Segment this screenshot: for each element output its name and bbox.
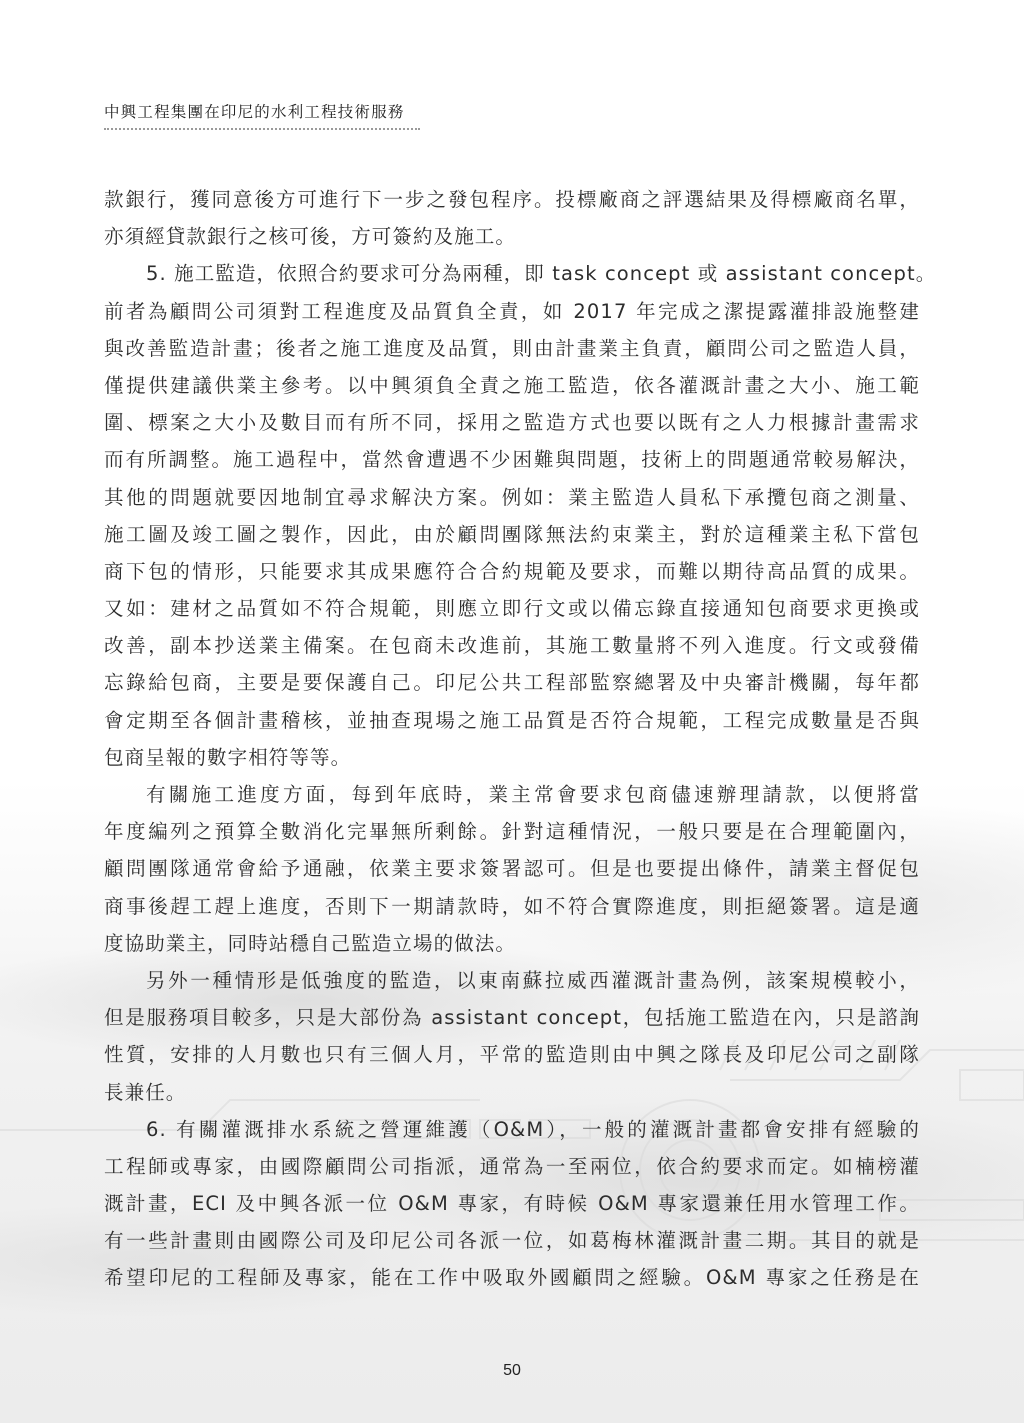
text-line: 溉計畫，ECI 及中興各派一位 O&M 專家，有時候 O&M 專家還兼任用水管理… (104, 1185, 920, 1222)
text-line: 6. 有關灌溉排水系統之營運維護（O&M），一般的灌溉計畫都會安排有經驗的 (104, 1111, 920, 1148)
text-line: 施工圖及竣工圖之製作，因此，由於顧問團隊無法約束業主，對於這種業主私下當包 (104, 516, 920, 553)
text-line: 前者為顧問公司須對工程進度及品質負全責，如 2017 年完成之潔提露灌排設施整建 (104, 293, 920, 330)
text-line: 而有所調整。施工過程中，當然會遭遇不少困難與問題，技術上的問題通常較易解決， (104, 441, 920, 478)
page-number: 50 (0, 1362, 1024, 1380)
text-line: 僅提供建議供業主參考。以中興須負全責之施工監造，依各灌溉計畫之大小、施工範 (104, 367, 920, 404)
text-line: 5. 施工監造，依照合約要求可分為兩種，即 task concept 或 ass… (104, 255, 920, 292)
text-line: 包商呈報的數字相符等等。 (104, 739, 920, 776)
text-line: 有關施工進度方面，每到年底時，業主常會要求包商儘速辦理請款，以便將當 (104, 776, 920, 813)
text-line: 又如：建材之品質如不符合規範，則應立即行文或以備忘錄直接通知包商要求更換或 (104, 590, 920, 627)
text-line: 會定期至各個計畫稽核，並抽查現場之施工品質是否符合規範，工程完成數量是否與 (104, 702, 920, 739)
text-line: 圍、標案之大小及數目而有所不同，採用之監造方式也要以既有之人力根據計畫需求 (104, 404, 920, 441)
text-line: 長兼任。 (104, 1074, 920, 1111)
text-line: 但是服務項目較多，只是大部份為 assistant concept，包括施工監造… (104, 999, 920, 1036)
text-line: 其他的問題就要因地制宜尋求解決方案。例如：業主監造人員私下承攬包商之測量、 (104, 479, 920, 516)
text-line: 與改善監造計畫；後者之施工進度及品質，則由計畫業主負責，顧問公司之監造人員， (104, 330, 920, 367)
text-line: 商下包的情形，只能要求其成果應符合合約規範及要求，而難以期待高品質的成果。 (104, 553, 920, 590)
header-title: 中興工程集團在印尼的水利工程技術服務 (104, 100, 420, 130)
text-line: 度協助業主，同時站穩自己監造立場的做法。 (104, 925, 920, 962)
body-text: 款銀行，獲同意後方可進行下一步之發包程序。投標廠商之評選結果及得標廠商名單，亦須… (104, 181, 920, 1297)
text-line: 性質，安排的人月數也只有三個人月，平常的監造則由中興之隊長及印尼公司之副隊 (104, 1036, 920, 1073)
text-line: 希望印尼的工程師及專家，能在工作中吸取外國顧問之經驗。O&M 專家之任務是在 (104, 1259, 920, 1296)
text-line: 另外一種情形是低強度的監造，以東南蘇拉威西灌溉計畫為例，該案規模較小， (104, 962, 920, 999)
text-line: 忘錄給包商，主要是要保護自己。印尼公共工程部監察總署及中央審計機關，每年都 (104, 664, 920, 701)
text-line: 款銀行，獲同意後方可進行下一步之發包程序。投標廠商之評選結果及得標廠商名單， (104, 181, 920, 218)
text-line: 顧問團隊通常會給予通融，依業主要求簽署認可。但是也要提出條件，請業主督促包 (104, 850, 920, 887)
text-line: 改善，副本抄送業主備案。在包商未改進前，其施工數量將不列入進度。行文或發備 (104, 627, 920, 664)
running-header: 中興工程集團在印尼的水利工程技術服務 (104, 100, 420, 130)
text-line: 年度編列之預算全數消化完畢無所剩餘。針對這種情況，一般只要是在合理範圍內， (104, 813, 920, 850)
text-line: 商事後趕工趕上進度，否則下一期請款時，如不符合實際進度，則拒絕簽署。這是適 (104, 888, 920, 925)
text-line: 工程師或專家，由國際顧問公司指派，通常為一至兩位，依合約要求而定。如楠榜灌 (104, 1148, 920, 1185)
text-line: 亦須經貸款銀行之核可後，方可簽約及施工。 (104, 218, 920, 255)
text-line: 有一些計畫則由國際公司及印尼公司各派一位，如葛梅林灌溉計畫二期。其目的就是 (104, 1222, 920, 1259)
